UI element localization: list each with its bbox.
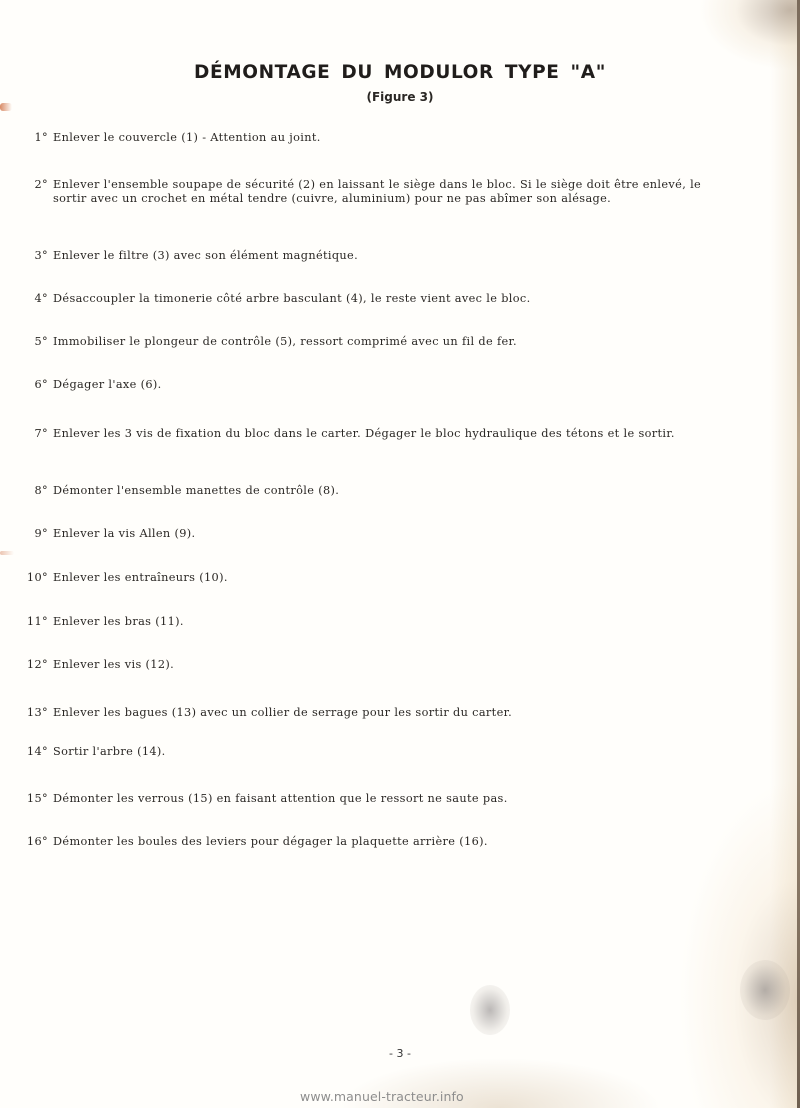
step-text: Enlever les bras (11). [53, 615, 726, 629]
step-text: Enlever le couvercle (1) - Attention au … [53, 131, 726, 145]
step-number: 8° [16, 484, 53, 498]
step-text: Dégager l'axe (6). [53, 378, 726, 392]
stain-mark [740, 960, 790, 1020]
step-text: Enlever les vis (12). [53, 658, 726, 672]
page-number: - 3 - [0, 1047, 800, 1060]
page-title: DÉMONTAGE DU MODULOR TYPE "A" [0, 62, 800, 83]
step-item: 9° Enlever la vis Allen (9). [16, 527, 726, 541]
margin-mark [0, 551, 14, 555]
step-number: 10° [16, 571, 53, 585]
step-number: 4° [16, 292, 53, 306]
step-number: 15° [16, 792, 53, 806]
step-item: 3° Enlever le filtre (3) avec son élémen… [16, 249, 726, 263]
step-number: 11° [16, 615, 53, 629]
step-number: 6° [16, 378, 53, 392]
step-item: 14° Sortir l'arbre (14). [16, 745, 726, 759]
step-item: 16° Démonter les boules des leviers pour… [16, 835, 726, 849]
step-item: 4° Désaccoupler la timonerie côté arbre … [16, 292, 726, 306]
step-item: 12° Enlever les vis (12). [16, 658, 726, 672]
step-text: Enlever les bagues (13) avec un collier … [53, 706, 726, 720]
step-text: Enlever les 3 vis de fixation du bloc da… [53, 427, 726, 441]
step-number: 12° [16, 658, 53, 672]
step-number: 3° [16, 249, 53, 263]
step-number: 5° [16, 335, 53, 349]
step-item: 10° Enlever les entraîneurs (10). [16, 571, 726, 585]
step-number: 9° [16, 527, 53, 541]
step-text: Enlever l'ensemble soupape de sécurité (… [53, 178, 726, 205]
step-item: 8° Démonter l'ensemble manettes de contr… [16, 484, 726, 498]
step-item: 6° Dégager l'axe (6). [16, 378, 726, 392]
step-item: 7° Enlever les 3 vis de fixation du bloc… [16, 427, 726, 441]
step-item: 1° Enlever le couvercle (1) - Attention … [16, 131, 726, 145]
step-item: 5° Immobiliser le plongeur de contrôle (… [16, 335, 726, 349]
step-number: 14° [16, 745, 53, 759]
step-item: 2° Enlever l'ensemble soupape de sécurit… [16, 178, 726, 205]
step-text: Démonter les verrous (15) en faisant att… [53, 792, 726, 806]
step-text: Immobiliser le plongeur de contrôle (5),… [53, 335, 726, 349]
step-item: 15° Démonter les verrous (15) en faisant… [16, 792, 726, 806]
step-text: Démonter les boules des leviers pour dég… [53, 835, 726, 849]
stain-mark [470, 985, 510, 1035]
step-number: 16° [16, 835, 53, 849]
step-item: 11° Enlever les bras (11). [16, 615, 726, 629]
scanned-page: DÉMONTAGE DU MODULOR TYPE "A" (Figure 3)… [0, 0, 800, 1108]
step-number: 1° [16, 131, 53, 145]
step-text: Sortir l'arbre (14). [53, 745, 726, 759]
step-text: Enlever la vis Allen (9). [53, 527, 726, 541]
step-text: Démonter l'ensemble manettes de contrôle… [53, 484, 726, 498]
step-text: Enlever le filtre (3) avec son élément m… [53, 249, 726, 263]
step-item: 13° Enlever les bagues (13) avec un coll… [16, 706, 726, 720]
step-number: 13° [16, 706, 53, 720]
margin-mark [0, 103, 12, 111]
watermark-link[interactable]: www.manuel-tracteur.info [300, 1089, 500, 1104]
figure-reference: (Figure 3) [0, 90, 800, 104]
step-number: 7° [16, 427, 53, 441]
step-text: Désaccoupler la timonerie côté arbre bas… [53, 292, 726, 306]
step-text: Enlever les entraîneurs (10). [53, 571, 726, 585]
step-number: 2° [16, 178, 53, 205]
